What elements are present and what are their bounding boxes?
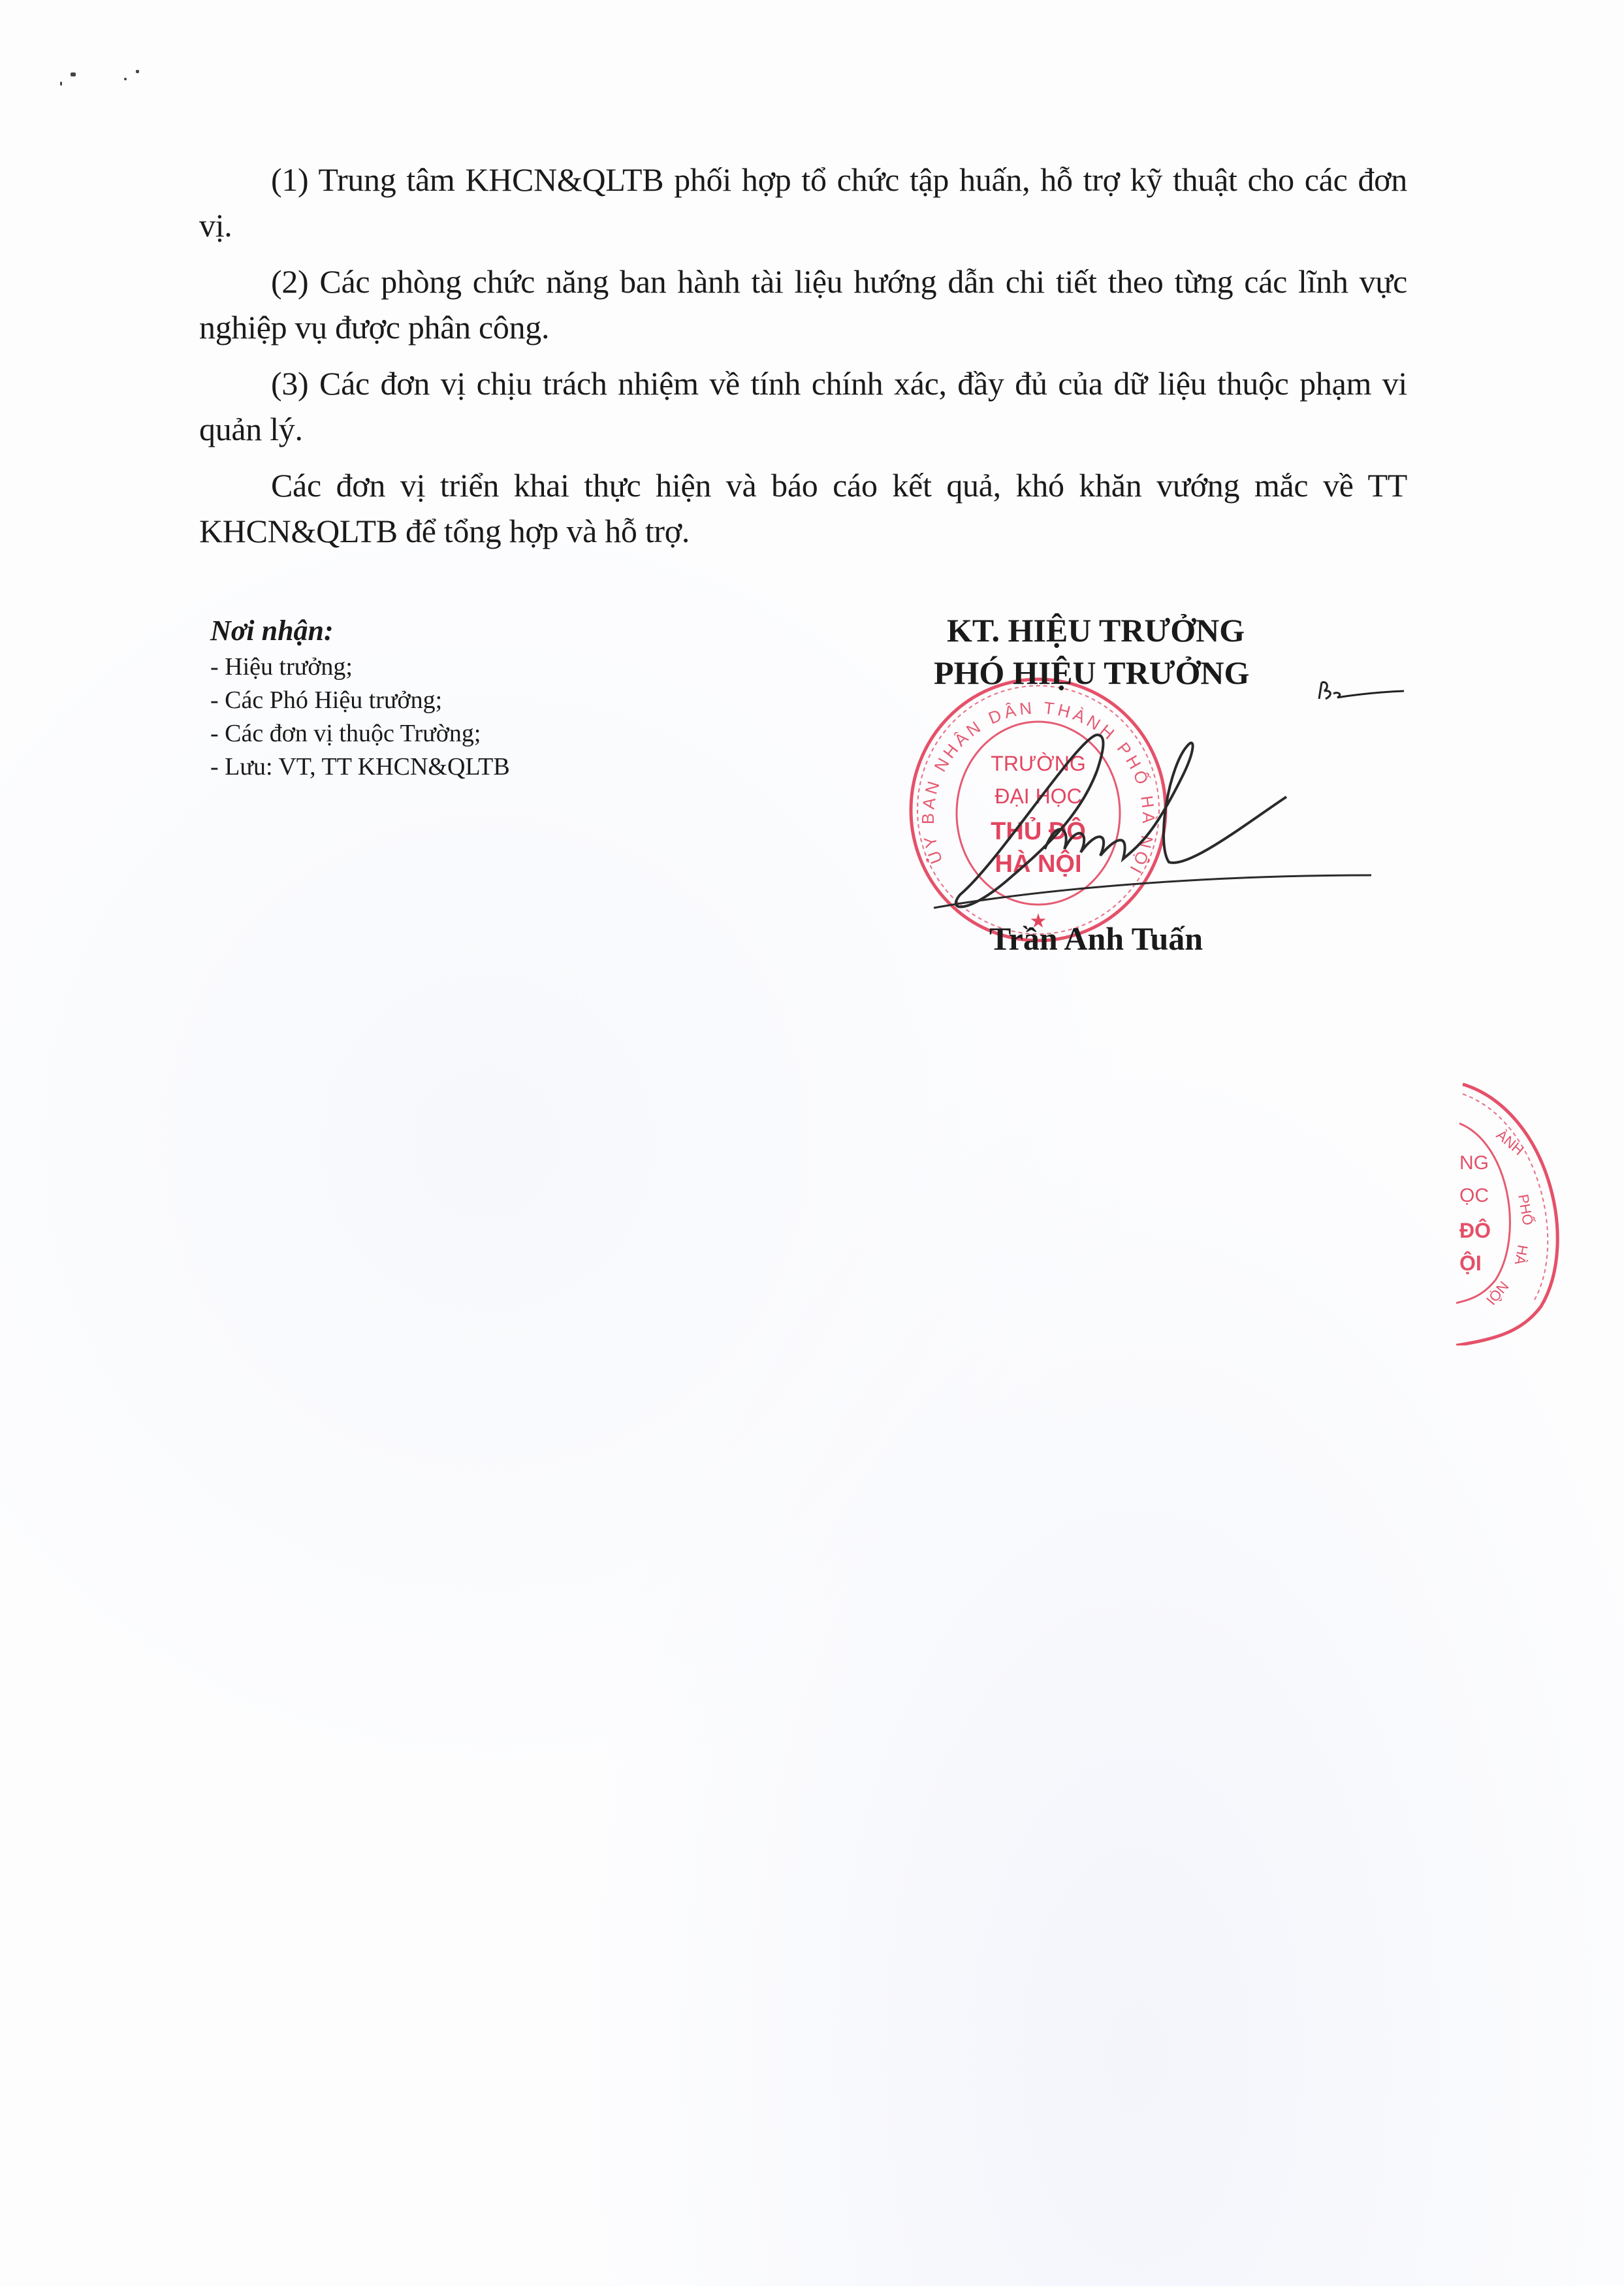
svg-text:ĐÔ: ĐÔ — [1459, 1219, 1491, 1242]
svg-text:ỘI: ỘI — [1459, 1251, 1482, 1275]
svg-text:NỘI: NỘI — [1483, 1278, 1512, 1308]
paragraph-item-2: (2) Các phòng chức năng ban hành tài liệ… — [199, 259, 1407, 350]
paragraph-item-3: (3) Các đơn vị chịu trách nhiệm về tính … — [199, 361, 1407, 452]
svg-text:PHỐ: PHỐ — [1515, 1193, 1537, 1226]
recipient-item: - Hiệu trưởng; — [210, 651, 510, 684]
paragraph-closing: Các đơn vị triển khai thực hiện và báo c… — [199, 462, 1407, 554]
paragraph-item-1: (1) Trung tâm KHCN&QLTB phối hợp tổ chức… — [199, 157, 1407, 248]
recipient-item: - Các Phó Hiệu trưởng; — [210, 684, 510, 717]
signature-block: ỦY BAN NHÂN DÂN THÀNH PHỐ HÀ NỘI TRƯỜNG … — [882, 607, 1404, 973]
body-text: (1) Trung tâm KHCN&QLTB phối hợp tổ chức… — [199, 157, 1407, 564]
recipients-block: Nơi nhận: - Hiệu trưởng; - Các Phó Hiệu … — [210, 614, 510, 784]
svg-text:HÀ: HÀ — [1512, 1244, 1531, 1266]
recipients-list: - Hiệu trưởng; - Các Phó Hiệu trưởng; - … — [210, 651, 510, 784]
recipient-item: - Các đơn vị thuộc Trường; — [210, 717, 510, 750]
recipients-heading: Nơi nhận: — [210, 614, 510, 648]
recipient-item: - Lưu: VT, TT KHCN&QLTB — [210, 750, 510, 784]
scanned-document-page: (1) Trung tâm KHCN&QLTB phối hợp tổ chức… — [0, 0, 1624, 2286]
scan-artifact — [52, 69, 150, 88]
signer-name: Trần Anh Tuấn — [989, 920, 1203, 958]
partial-stamp-icon: ÀNH PHỐ HÀ NỘI NG ỌC ĐÔ ỘI — [1456, 1071, 1574, 1345]
svg-text:ỌC: ỌC — [1459, 1185, 1489, 1206]
handwritten-signature-icon — [882, 607, 1404, 973]
svg-text:NG: NG — [1459, 1152, 1489, 1174]
svg-text:ÀNH: ÀNH — [1493, 1127, 1527, 1159]
